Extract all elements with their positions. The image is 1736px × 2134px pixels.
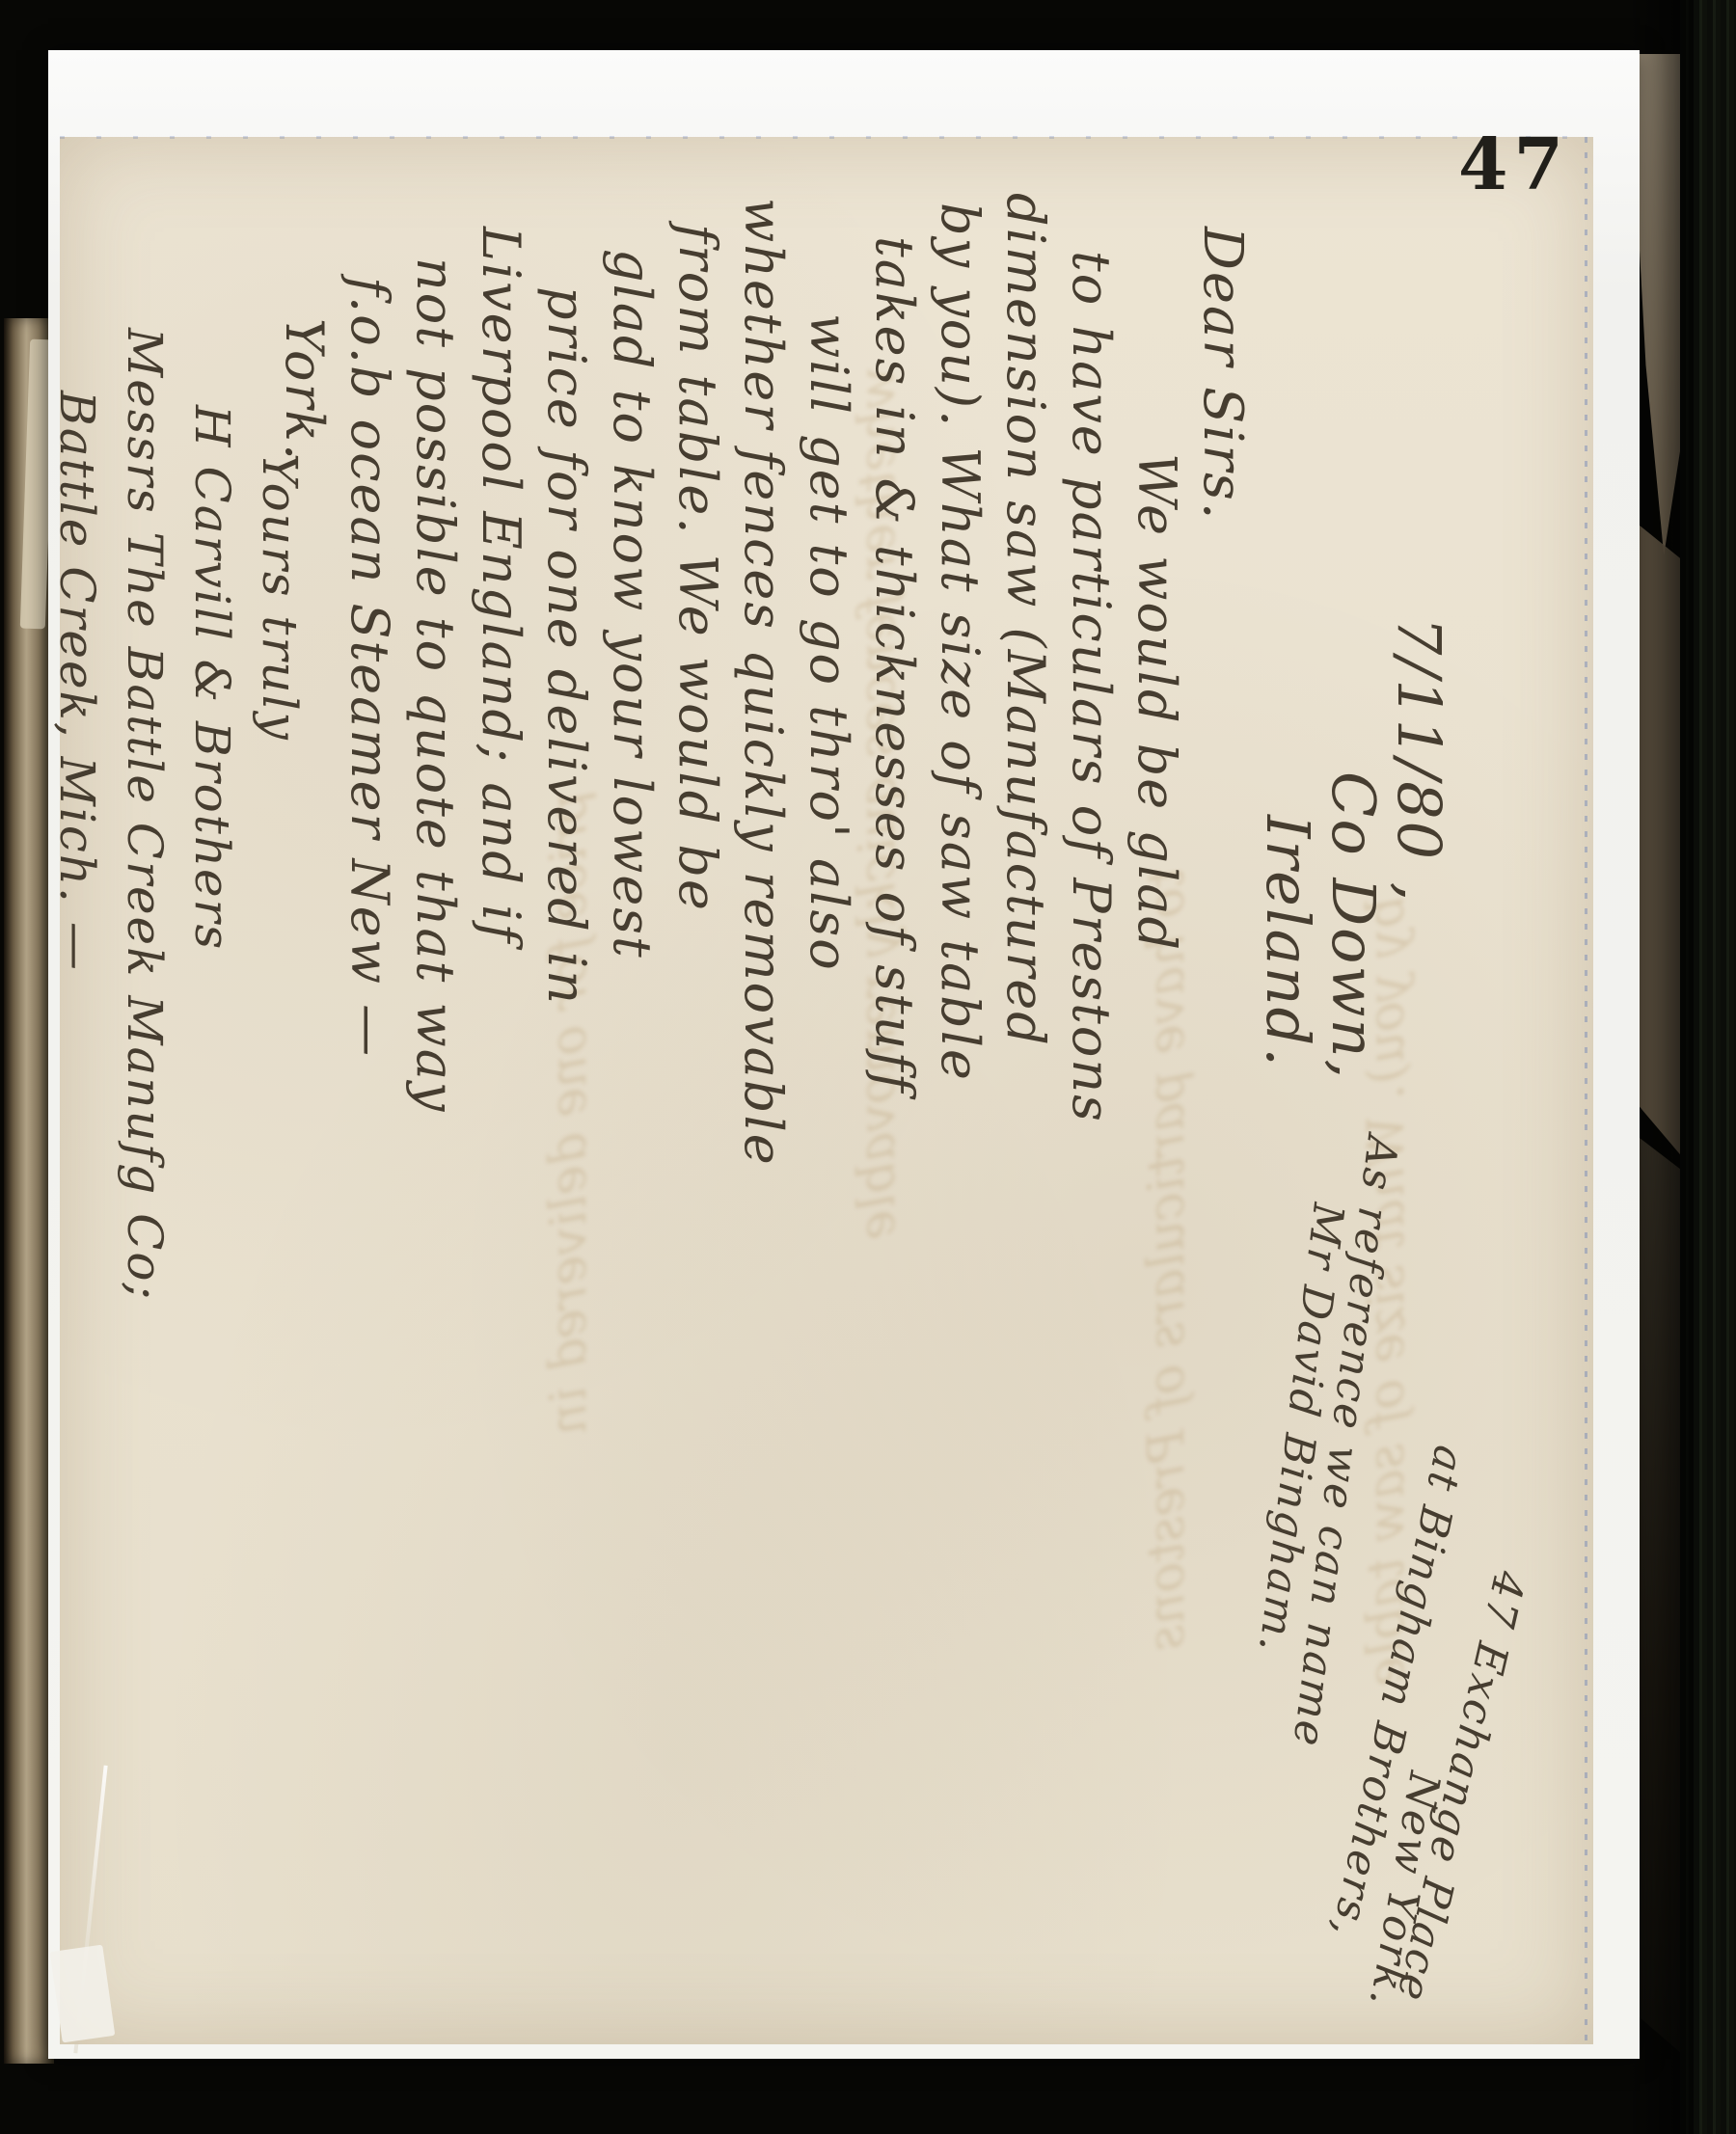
- letter-line: price for one delivered in: [533, 178, 599, 1625]
- letter-body-block: 7/11/80 , Co Down, Ireland. Dear Sirs. W…: [271, 178, 1451, 1625]
- letter-line: glad to know your lowest: [599, 178, 665, 1625]
- letter-line: whether fences quickly removable: [730, 178, 796, 1625]
- letter-line: dimension saw (Manufactured: [992, 178, 1058, 1625]
- letter-line: from table. We would be: [665, 178, 730, 1625]
- letter-valediction: Yours truly: [246, 328, 313, 1581]
- letter-signature: H Carvill & Brothers: [178, 328, 246, 1581]
- letter-addressee: Messrs The Battle Creek Manufg Co;: [111, 328, 178, 1581]
- letter-line: to have particulars of Prestons: [1058, 178, 1124, 1625]
- blue-margin-line: [1585, 137, 1587, 2044]
- letter-line: takes in & thicknesses of stuff: [861, 178, 927, 1625]
- letter-line: Liverpool England; and if: [468, 178, 533, 1625]
- letter-closing-block: Yours truly H Carvill & Brothers Messrs …: [43, 328, 313, 1581]
- letter-line: We would be glad: [1124, 178, 1189, 1625]
- letter-line: will get to go thro' also: [796, 178, 861, 1625]
- letter-line: f.o.b ocean Steamer New —: [337, 178, 402, 1625]
- letter-addressee: Battle Creek, Mich. —: [43, 328, 111, 1581]
- letter-line: not possible to quote that way: [402, 178, 468, 1625]
- letter-line: by you). What size of saw table: [927, 178, 992, 1625]
- letter-date: 7/11/80 ,: [1386, 178, 1451, 1625]
- letter-salutation: Dear Sirs.: [1189, 178, 1255, 1625]
- blue-binding-dots-top: [60, 136, 1591, 139]
- page-number: 47: [1458, 123, 1569, 206]
